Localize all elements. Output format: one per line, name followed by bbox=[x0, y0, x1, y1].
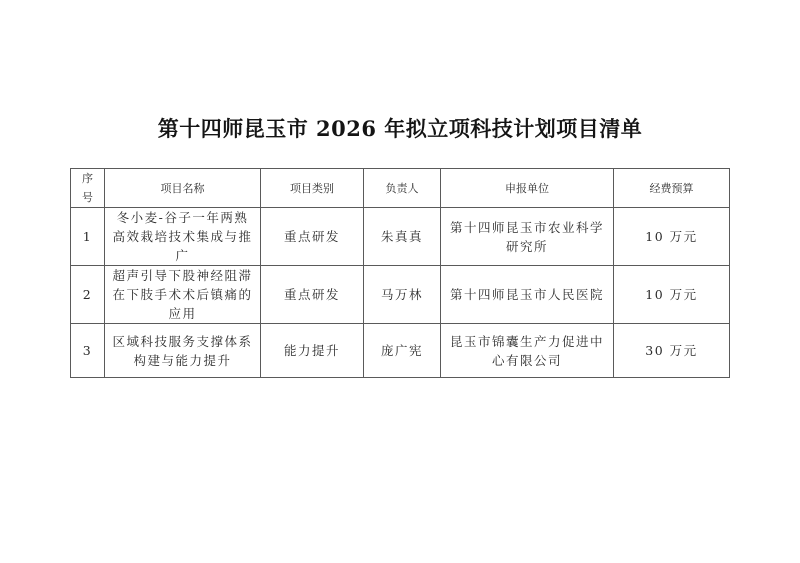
header-index: 序号 bbox=[71, 169, 105, 208]
table-row: 2 超声引导下股神经阻滞在下肢手术术后镇痛的应用 重点研发 马万林 第十四师昆玉… bbox=[71, 266, 730, 324]
cell-leader: 马万林 bbox=[364, 266, 441, 324]
header-project-category: 项目类别 bbox=[261, 169, 364, 208]
document-title: 第十四师昆玉市 2026 年拟立项科技计划项目清单 bbox=[0, 113, 800, 143]
cell-budget: 10 万元 bbox=[614, 208, 730, 266]
table-row: 3 区域科技服务支撑体系构建与能力提升 能力提升 庞广宪 昆玉市锦囊生产力促进中… bbox=[71, 324, 730, 378]
cell-project-category: 重点研发 bbox=[261, 266, 364, 324]
cell-applicant-unit: 第十四师昆玉市人民医院 bbox=[441, 266, 614, 324]
cell-leader: 朱真真 bbox=[364, 208, 441, 266]
cell-project-name: 区域科技服务支撑体系构建与能力提升 bbox=[105, 324, 261, 378]
table-row: 1 冬小麦-谷子一年两熟高效栽培技术集成与推广 重点研发 朱真真 第十四师昆玉市… bbox=[71, 208, 730, 266]
cell-applicant-unit: 昆玉市锦囊生产力促进中心有限公司 bbox=[441, 324, 614, 378]
cell-index: 1 bbox=[71, 208, 105, 266]
cell-project-name: 冬小麦-谷子一年两熟高效栽培技术集成与推广 bbox=[105, 208, 261, 266]
cell-project-category: 能力提升 bbox=[261, 324, 364, 378]
cell-project-name: 超声引导下股神经阻滞在下肢手术术后镇痛的应用 bbox=[105, 266, 261, 324]
cell-index: 3 bbox=[71, 324, 105, 378]
cell-applicant-unit: 第十四师昆玉市农业科学研究所 bbox=[441, 208, 614, 266]
cell-budget: 30 万元 bbox=[614, 324, 730, 378]
table-header-row: 序号 项目名称 项目类别 负责人 申报单位 经费预算 bbox=[71, 169, 730, 208]
cell-leader: 庞广宪 bbox=[364, 324, 441, 378]
cell-index: 2 bbox=[71, 266, 105, 324]
header-leader: 负责人 bbox=[364, 169, 441, 208]
header-project-name: 项目名称 bbox=[105, 169, 261, 208]
cell-budget: 10 万元 bbox=[614, 266, 730, 324]
project-list-table: 序号 项目名称 项目类别 负责人 申报单位 经费预算 1 冬小麦-谷子一年两熟高… bbox=[70, 168, 730, 378]
header-applicant-unit: 申报单位 bbox=[441, 169, 614, 208]
header-budget: 经费预算 bbox=[614, 169, 730, 208]
cell-project-category: 重点研发 bbox=[261, 208, 364, 266]
